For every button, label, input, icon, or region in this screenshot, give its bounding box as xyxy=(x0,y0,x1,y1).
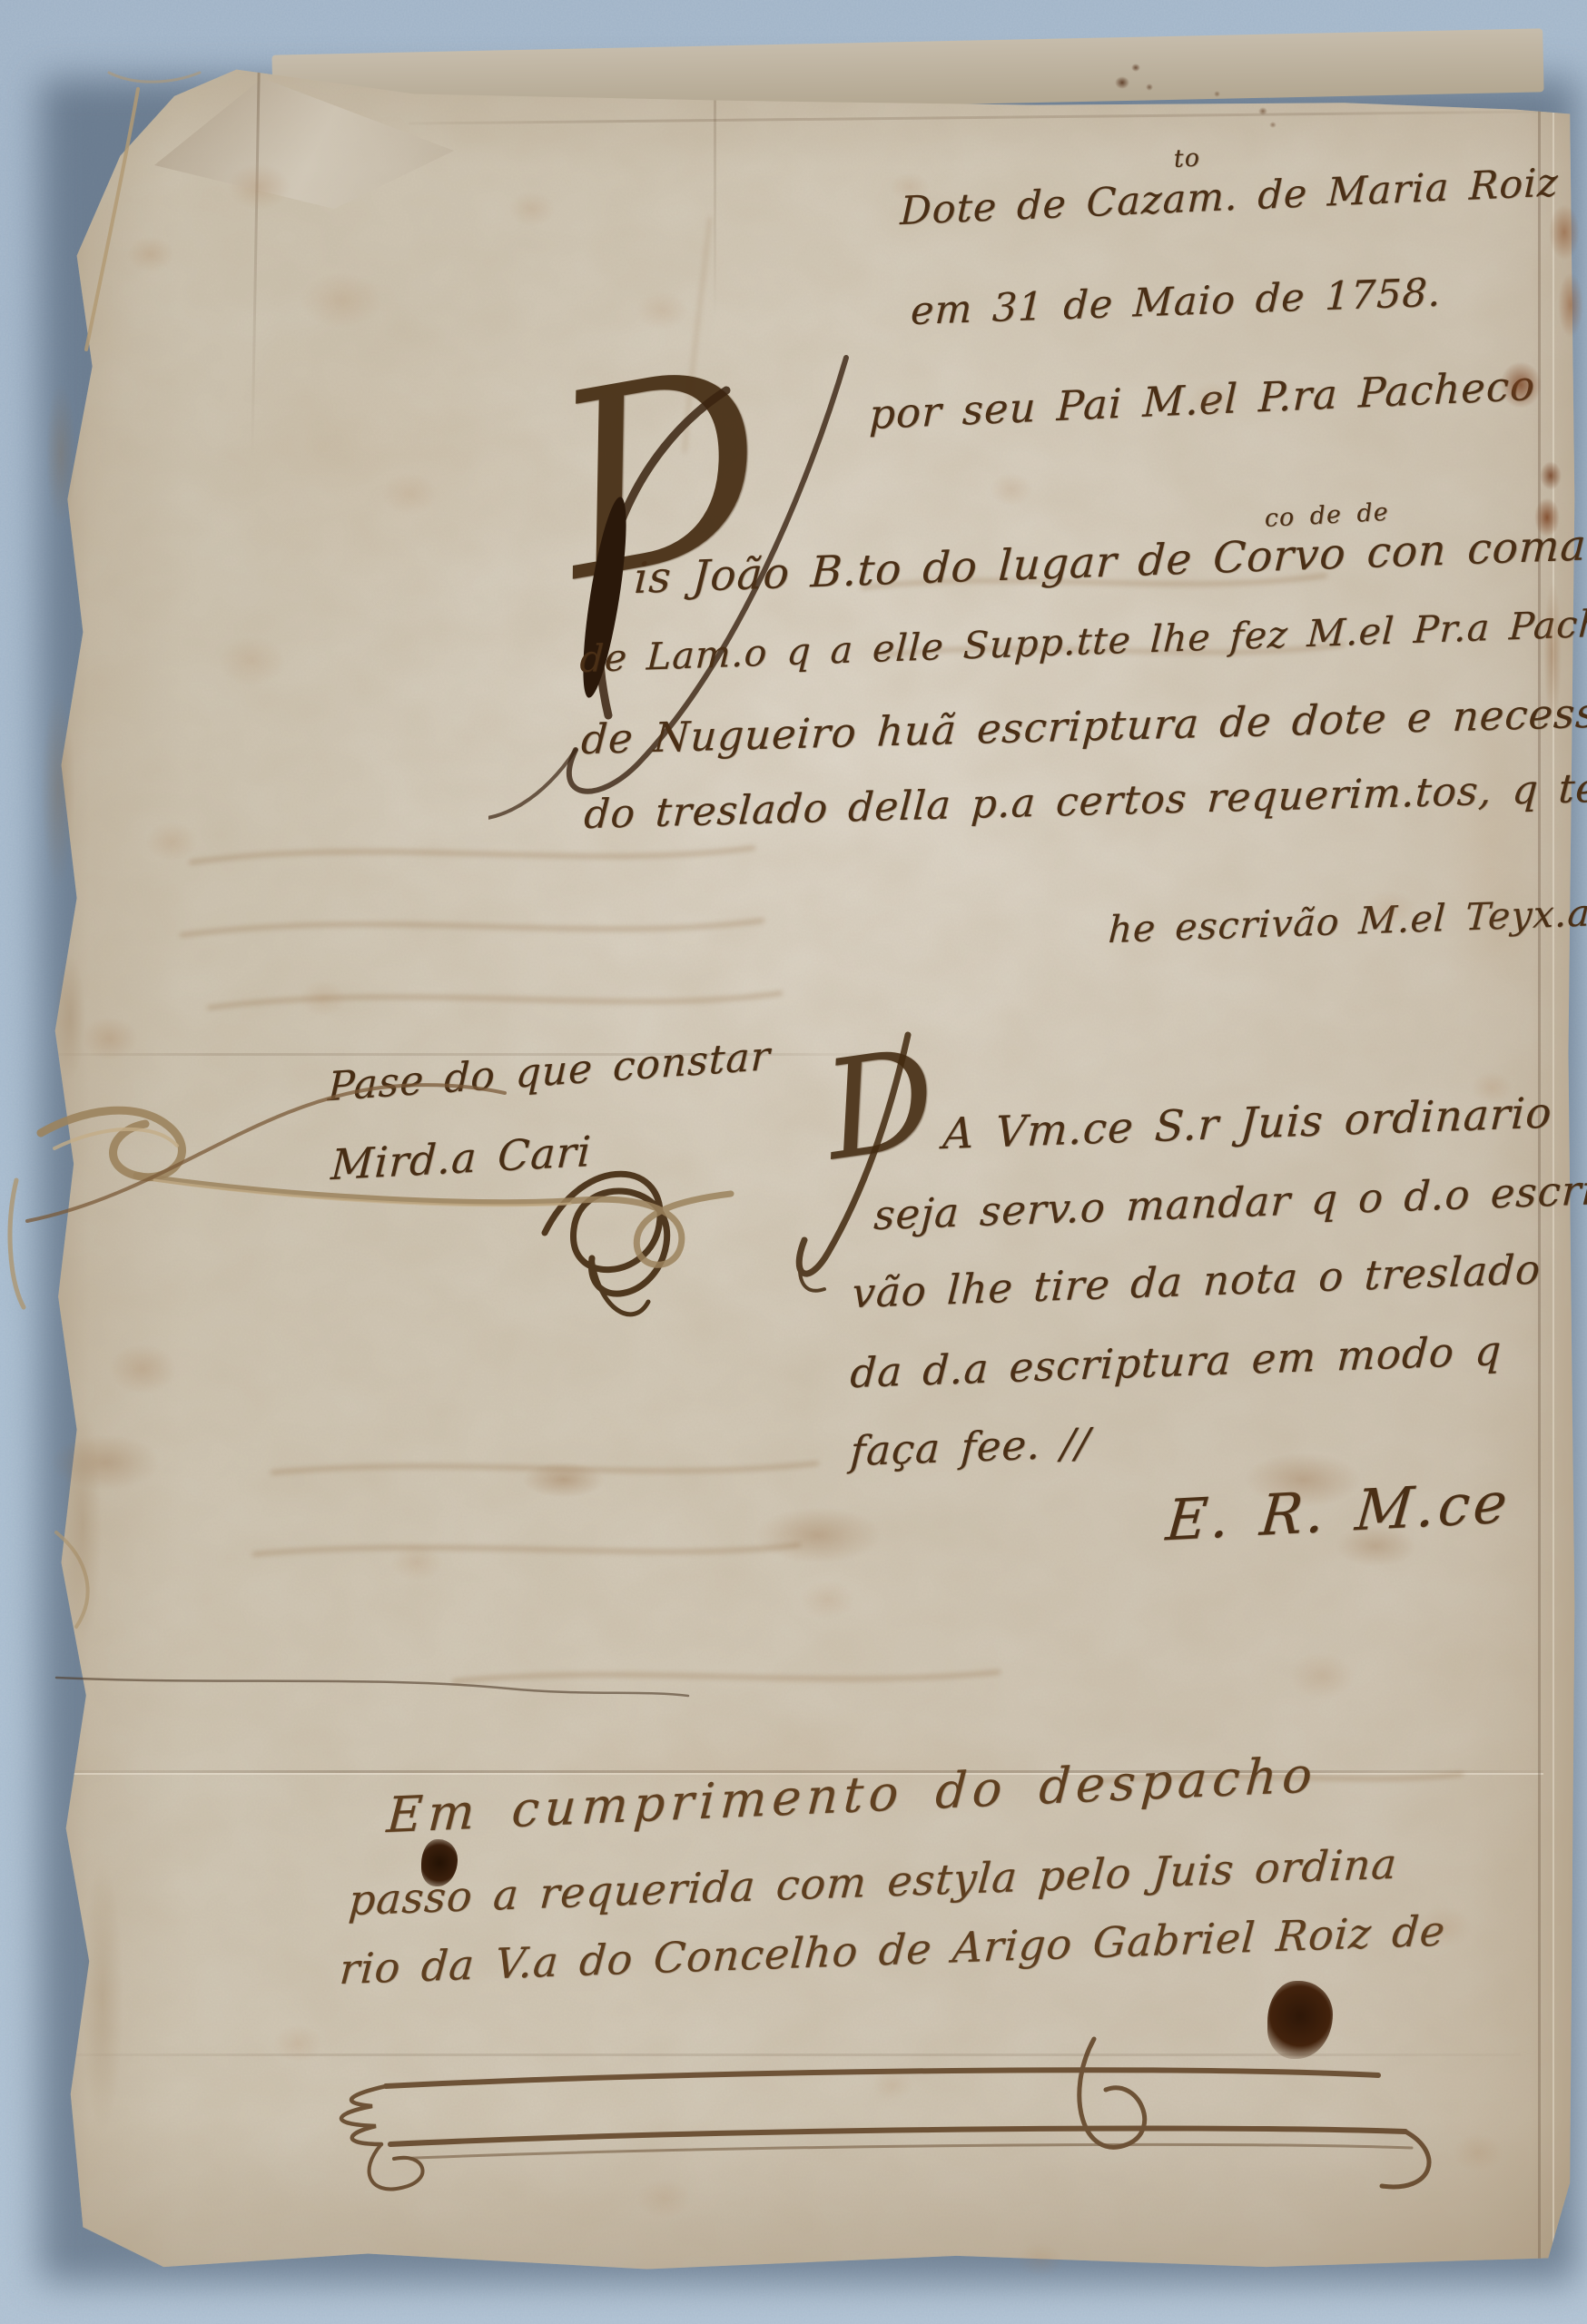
closing-flourish-lines xyxy=(318,2033,1471,2251)
petition-line: faça fee. // xyxy=(849,1419,1091,1475)
archival-note-superscript: to xyxy=(1173,143,1201,172)
photograph-of-manuscript: Dote de Cazam. de Maria Roiz to em 31 de… xyxy=(0,0,1587,2324)
petition-initial-flourish xyxy=(792,1015,964,1305)
signature-rubric xyxy=(498,1124,724,1342)
